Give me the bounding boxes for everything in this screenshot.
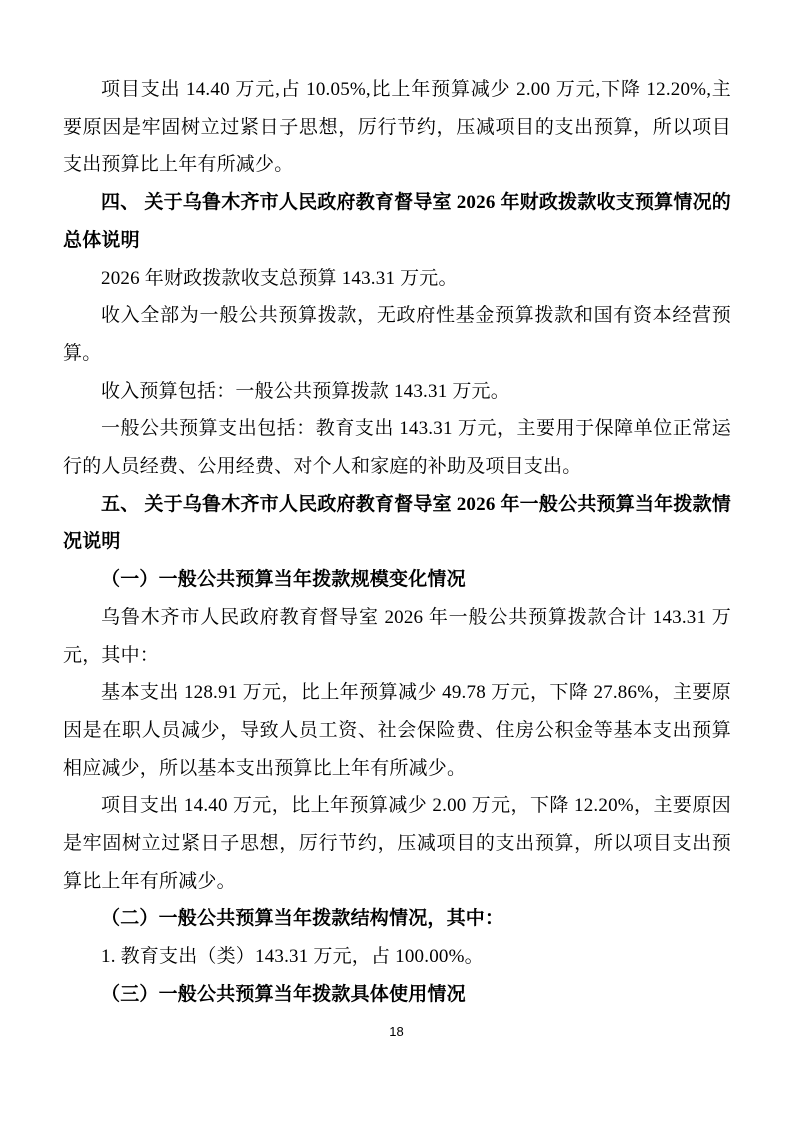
page-number: 18	[0, 1024, 793, 1039]
paragraph-basic-expense: 基本支出 128.91 万元，比上年预算减少 49.78 万元，下降 27.86…	[63, 674, 731, 787]
paragraph-project-expense: 项目支出 14.40 万元，比上年预算减少 2.00 万元，下降 12.20%，…	[63, 787, 731, 900]
section-heading-five: 五、 关于乌鲁木齐市人民政府教育督导室 2026 年一般公共预算当年拨款情况说明	[63, 486, 731, 561]
section-heading-four: 四、 关于乌鲁木齐市人民政府教育督导室 2026 年财政拨款收支预算情况的总体说…	[63, 184, 731, 259]
subsection-heading-two: （二）一般公共预算当年拨款结构情况，其中：	[63, 900, 731, 938]
paragraph-total-budget: 2026 年财政拨款收支总预算 143.31 万元。	[63, 260, 731, 298]
paragraph-income-budget: 收入预算包括：一般公共预算拨款 143.31 万元。	[63, 373, 731, 411]
subsection-heading-three: （三）一般公共预算当年拨款具体使用情况	[63, 976, 731, 1014]
document-body: 项目支出 14.40 万元,占 10.05%,比上年预算减少 2.00 万元,下…	[63, 71, 731, 1014]
document-page: 项目支出 14.40 万元,占 10.05%,比上年预算减少 2.00 万元,下…	[0, 0, 793, 1122]
paragraph-expense-budget: 一般公共预算支出包括：教育支出 143.31 万元，主要用于保障单位正常运行的人…	[63, 410, 731, 485]
subsection-heading-one: （一）一般公共预算当年拨款规模变化情况	[63, 561, 731, 599]
paragraph-project-expense-prev: 项目支出 14.40 万元,占 10.05%,比上年预算减少 2.00 万元,下…	[63, 71, 731, 184]
paragraph-education-expense: 1. 教育支出（类）143.31 万元，占 100.00%。	[63, 938, 731, 976]
paragraph-allocation-total: 乌鲁木齐市人民政府教育督导室 2026 年一般公共预算拨款合计 143.31 万…	[63, 599, 731, 674]
paragraph-income-source: 收入全部为一般公共预算拨款，无政府性基金预算拨款和国有资本经营预算。	[63, 297, 731, 372]
